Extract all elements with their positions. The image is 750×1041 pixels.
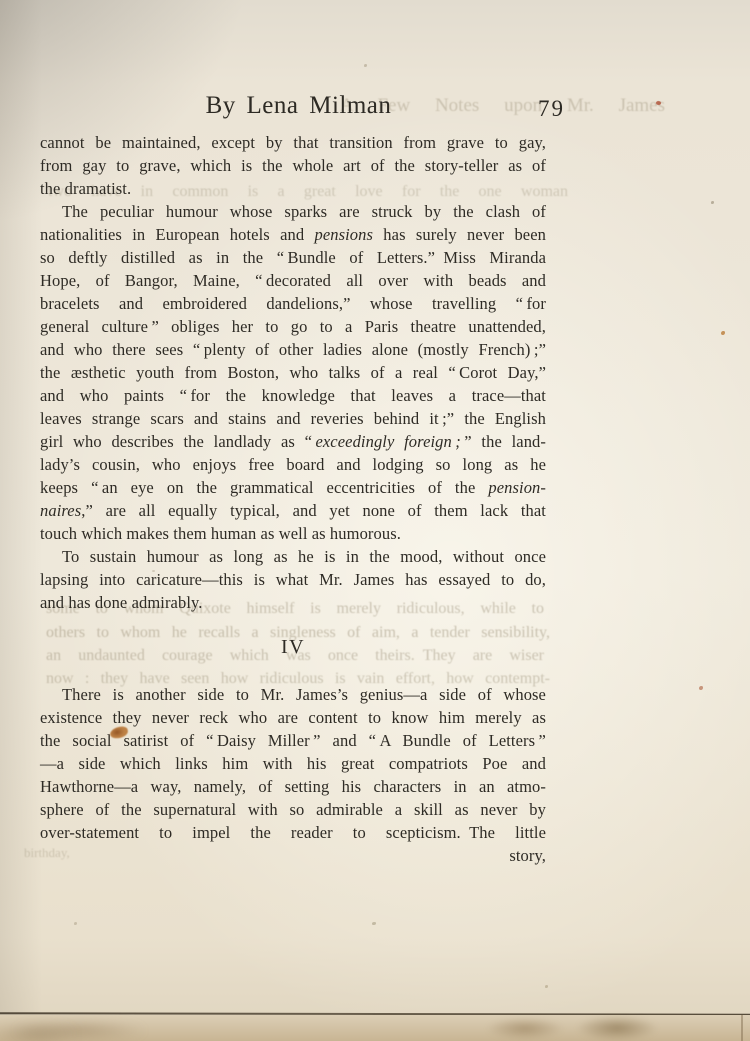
- text-line: leaves strange scars and stains and reve…: [40, 407, 546, 430]
- text-line: general culture ” obliges her to go to a…: [40, 315, 546, 338]
- page-number: 79: [538, 96, 565, 122]
- text-line: the dramatist.: [40, 177, 546, 200]
- scanner-bed-area: [0, 1015, 750, 1041]
- text-line: and has done admirably.: [40, 591, 546, 614]
- smudge: [486, 1017, 564, 1040]
- text-line: Hope, of Bangor, Maine, “ decorated all …: [40, 269, 546, 292]
- text-line: and who there sees “ plenty of other lad…: [40, 338, 546, 361]
- text-line: sphere of the supernatural with so admir…: [40, 798, 546, 821]
- page-corner-edge: [741, 1015, 743, 1041]
- text-line: the æsthetic youth from Boston, who talk…: [40, 361, 546, 384]
- text-line: —a side which links him with his great c…: [40, 752, 546, 775]
- running-head: By Lena Milman: [46, 91, 551, 120]
- text-line: and who paints “ for the knowledge that …: [40, 384, 546, 407]
- text-line: To sustain humour as long as he is in th…: [40, 545, 546, 568]
- scanned-book-page: A Few Notes upon Mr. Jamestwo have in co…: [0, 0, 750, 1041]
- text-line: existence they never reck who are conten…: [40, 706, 546, 729]
- text-line: nationalities in European hotels and pen…: [40, 223, 546, 246]
- smudge: [576, 1015, 658, 1041]
- text-block: cannot be maintained, except by that tra…: [40, 131, 546, 867]
- text-line: naires,” are all equally typical, and ye…: [40, 499, 546, 522]
- text-line: girl who describes the landlady as “ exc…: [40, 430, 546, 453]
- text-line: bracelets and embroidered dandelions,” w…: [40, 292, 546, 315]
- text-line: Hawthorne—a way, namely, of setting his …: [40, 775, 546, 798]
- smudge: [0, 1023, 78, 1041]
- text-line: so deftly distilled as in the “ Bundle o…: [40, 246, 546, 269]
- text-line: lady’s cousin, who enjoys free board and…: [40, 453, 546, 476]
- speck: [152, 570, 155, 572]
- catchword: story,: [40, 844, 546, 867]
- text-line: touch which makes them human as well as …: [40, 522, 546, 545]
- section-heading: IV: [40, 636, 546, 659]
- text-line: over-statement to impel the reader to sc…: [40, 821, 546, 844]
- text-line: lapsing into caricature—this is what Mr.…: [40, 568, 546, 591]
- text-line: The peculiar humour whose sparks are str…: [40, 200, 546, 223]
- text-line: There is another side to Mr. James’s gen…: [40, 683, 546, 706]
- text-line: cannot be maintained, except by that tra…: [40, 131, 546, 154]
- text-line: from gay to grave, which is the whole ar…: [40, 154, 546, 177]
- text-line: keeps “ an eye on the grammatical eccent…: [40, 476, 546, 499]
